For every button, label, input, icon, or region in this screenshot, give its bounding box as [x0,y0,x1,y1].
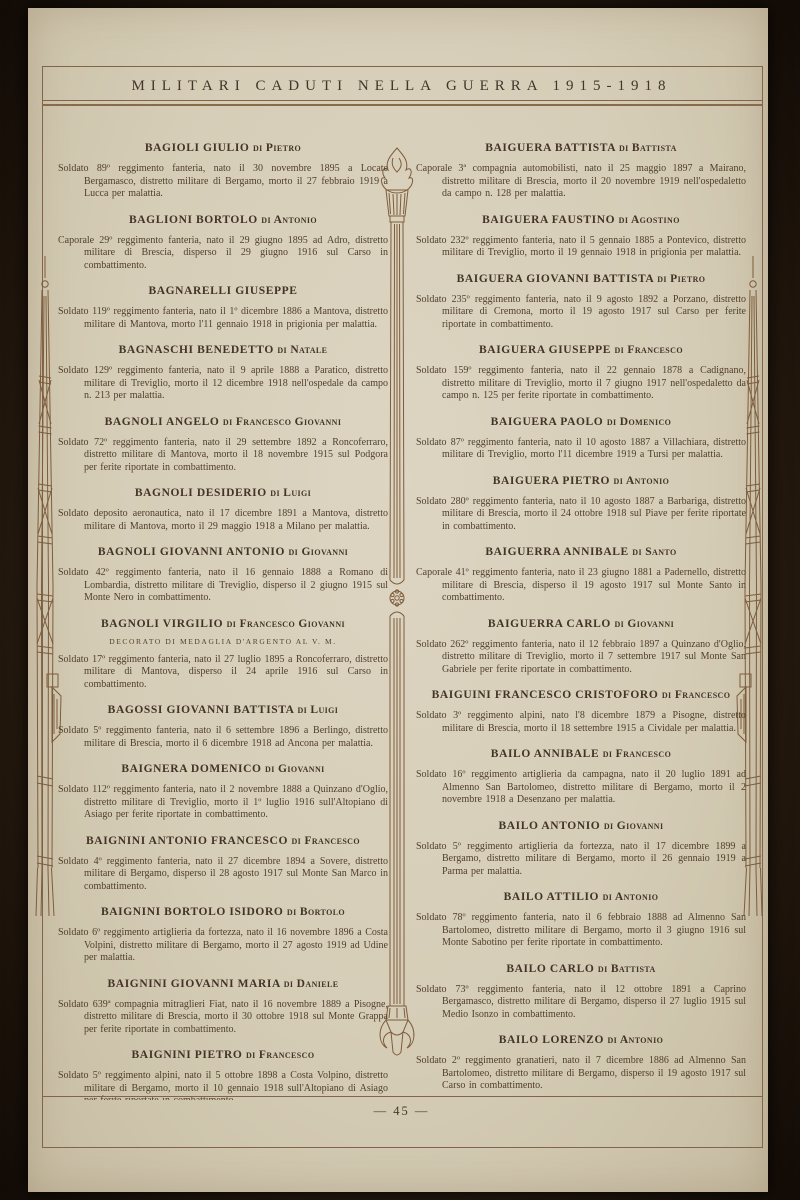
fallen-name: BAIGNINI GIOVANNI MARIA [108,978,281,990]
patronymic: di Pietro [657,273,705,285]
entry-text: Soldato 232º reggimento fanteria, nato i… [416,235,746,260]
entry-heading: BAIGUERA GIUSEPPE di Francesco [416,344,746,357]
patronymic: di Francesco Giovanni [223,416,341,428]
fallen-name: BAILO LORENZO [499,1034,604,1046]
memorial-entry: BAGNASCHI BENEDETTO di Natale Soldato 12… [58,344,388,403]
fallen-name: BAGIOLI GIULIO [145,142,250,154]
fallen-name: BAGOSSI GIOVANNI BATTISTA [108,704,294,716]
memorial-entry: BAIGNINI GIOVANNI MARIA di Daniele Solda… [58,978,388,1037]
fallen-name: BAIGUERA GIUSEPPE [479,344,611,356]
patronymic: di Domenico [607,416,671,428]
patronymic: di Antonio [614,475,670,487]
fallen-name: BAIGNINI BORTOLO ISIDORO [101,906,284,918]
fallen-name: BAILO ANTONIO [499,820,601,832]
memorial-entry: BAIGUERRA ANNIBALE di Santo Caporale 41º… [416,546,746,605]
page-title: MILITARI CADUTI NELLA GUERRA 1915-1918 [42,78,761,95]
patronymic: di Francesco [614,344,683,356]
entry-text: Caporale 29º reggimento fanteria, nato i… [58,235,388,273]
entry-text: Soldato 78º reggimento fanteria, nato il… [416,912,746,950]
patronymic: di Luigi [270,487,311,499]
patronymic: di Luigi [297,704,338,716]
entry-heading: BAGNOLI DESIDERIO di Luigi [58,487,388,500]
entries-area: BAGIOLI GIULIO di Pietro Soldato 89º reg… [28,138,768,1100]
patronymic: di Natale [277,344,327,356]
memorial-entry: BAIGUERA PIETRO di Antonio Soldato 280º … [416,475,746,534]
entry-heading: BAIGUERA PIETRO di Antonio [416,475,746,488]
memorial-entry: BAIGNINI ANTONIO FRANCESCO di Francesco … [58,835,388,894]
fallen-name: BAGNOLI GIOVANNI ANTONIO [98,546,285,558]
entry-heading: BAGNOLI GIOVANNI ANTONIO di Giovanni [58,546,388,559]
page-number: — 45 — [42,1104,761,1119]
fallen-name: BAGLIONI BORTOLO [129,214,258,226]
right-column: BAIGUERA BATTISTA di Battista Caporale 3… [416,142,746,1100]
memorial-entry: BAIGUERA BATTISTA di Battista Caporale 3… [416,142,746,201]
book-page: MILITARI CADUTI NELLA GUERRA 1915-1918 [28,8,768,1192]
patronymic: di Bortolo [287,906,345,918]
title-rule-top [42,100,762,101]
entry-heading: BAIGNERA DOMENICO di Giovanni [58,763,388,776]
memorial-entry: BAGNOLI GIOVANNI ANTONIO di Giovanni Sol… [58,546,388,605]
entry-text: Soldato 129º reggimento fanteria, nato i… [58,365,388,403]
fallen-name: BAIGUERA PAOLO [491,416,604,428]
patronymic: di Giovanni [604,820,664,832]
patronymic: di Battista [598,963,656,975]
memorial-entry: BAGOSSI GIOVANNI BATTISTA di Luigi Solda… [58,704,388,750]
patronymic: di Francesco [291,835,360,847]
memorial-entry: BAILO ANTONIO di Giovanni Soldato 5º reg… [416,820,746,879]
entry-text: Soldato deposito aeronautica, nato il 17… [58,508,388,533]
entry-text: Soldato 112º reggimento fanteria, nato i… [58,784,388,822]
entry-heading: BAIGUERA FAUSTINO di Agostino [416,214,746,227]
entry-text: Soldato 119º reggimento fanteria, nato i… [58,306,388,331]
fallen-name: BAIGNERA DOMENICO [121,763,261,775]
memorial-entry: BAGIOLI GIULIO di Pietro Soldato 89º reg… [58,142,388,201]
memorial-entry: BAIGUERA GIOVANNI BATTISTA di Pietro Sol… [416,273,746,332]
fallen-name: BAGNARELLI GIUSEPPE [148,285,297,297]
patronymic: di Agostino [619,214,680,226]
entry-heading: BAIGUERRA ANNIBALE di Santo [416,546,746,559]
entry-text: Soldato 72º reggimento fanteria, nato il… [58,437,388,475]
entry-text: Soldato 262º reggimento fanteria, nato i… [416,639,746,677]
fallen-name: BAILO CARLO [506,963,594,975]
memorial-entry: BAILO ANNIBALE di Francesco Soldato 16º … [416,748,746,807]
patronymic: di Battista [619,142,677,154]
entry-heading: BAIGUERRA CARLO di Giovanni [416,618,746,631]
fallen-name: BAIGUERA FAUSTINO [482,214,615,226]
entry-text: Soldato 3º reggimento alpini, nato l'8 d… [416,710,746,735]
entry-text: Soldato 89º reggimento fanteria, nato il… [58,163,388,201]
fallen-name: BAIGUERRA CARLO [488,618,611,630]
fallen-name: BAGNOLI ANGELO [105,416,220,428]
patronymic: di Francesco [662,689,731,701]
memorial-entry: BAILO LORENZO di Antonio Soldato 2º regg… [416,1034,746,1093]
entry-text: Soldato 235º reggimento fanteria, nato i… [416,294,746,332]
fallen-name: BAIGNINI ANTONIO FRANCESCO [86,835,288,847]
fallen-name: BAILO ATTILIO [504,891,599,903]
fallen-name: BAGNOLI DESIDERIO [135,487,267,499]
memorial-entry: BAIGUERA FAUSTINO di Agostino Soldato 23… [416,214,746,260]
entry-heading: BAILO ATTILIO di Antonio [416,891,746,904]
decoration-note: DECORATO DI MEDAGLIA D'ARGENTO AL V. M. [58,637,388,646]
patronymic: di Giovanni [289,546,349,558]
memorial-entry: BAGNOLI DESIDERIO di Luigi Soldato depos… [58,487,388,533]
memorial-entry: BAIGNERA DOMENICO di Giovanni Soldato 11… [58,763,388,822]
fallen-name: BAIGUERRA ANNIBALE [485,546,628,558]
fallen-name: BAIGNINI PIETRO [132,1049,243,1061]
memorial-entry: BAGLIONI BORTOLO di Antonio Caporale 29º… [58,214,388,273]
entry-text: Soldato 6º reggimento artiglieria da for… [58,927,388,965]
patronymic: di Santo [632,546,676,558]
memorial-entry: BAIGNINI PIETRO di Francesco Soldato 5º … [58,1049,388,1100]
title-rule-bottom [42,104,762,106]
entry-heading: BAILO ANNIBALE di Francesco [416,748,746,761]
entry-text: Soldato 42º reggimento fanteria, nato il… [58,567,388,605]
memorial-entry: BAIGUINI FRANCESCO CRISTOFORO di Frances… [416,689,746,735]
memorial-entry: BAGNOLI VIRGILIO di Francesco Giovanni D… [58,618,388,692]
patronymic: di Pietro [253,142,301,154]
entry-heading: BAIGNINI GIOVANNI MARIA di Daniele [58,978,388,991]
entry-text: Soldato 87º reggimento fanteria, nato il… [416,437,746,462]
patronymic: di Giovanni [265,763,325,775]
entry-heading: BAGNOLI ANGELO di Francesco Giovanni [58,416,388,429]
entry-heading: BAILO CARLO di Battista [416,963,746,976]
entry-text: Soldato 73º reggimento fanteria, nato il… [416,984,746,1022]
entry-heading: BAGNARELLI GIUSEPPE [58,285,388,298]
entry-heading: BAILO LORENZO di Antonio [416,1034,746,1047]
patronymic: di Francesco [246,1049,315,1061]
entry-heading: BAILO ANTONIO di Giovanni [416,820,746,833]
entry-text: Caporale 41º reggimento fanteria, nato i… [416,567,746,605]
patronymic: di Antonio [608,1034,664,1046]
entry-heading: BAGOSSI GIOVANNI BATTISTA di Luigi [58,704,388,717]
fallen-name: BAGNASCHI BENEDETTO [119,344,274,356]
patronymic: di Daniele [284,978,339,990]
fallen-name: BAIGUERA PIETRO [493,475,610,487]
patronymic: di Antonio [603,891,659,903]
entry-text: Soldato 2º reggimento granatieri, nato i… [416,1055,746,1093]
entry-text: Soldato 5º reggimento fanteria, nato il … [58,725,388,750]
entry-heading: BAGIOLI GIULIO di Pietro [58,142,388,155]
entry-heading: BAIGUINI FRANCESCO CRISTOFORO di Frances… [416,689,746,702]
fallen-name: BAIGUINI FRANCESCO CRISTOFORO [432,689,659,701]
memorial-entry: BAILO ATTILIO di Antonio Soldato 78º reg… [416,891,746,950]
memorial-entry: BAIGUERA PAOLO di Domenico Soldato 87º r… [416,416,746,462]
memorial-entry: BAIGNINI BORTOLO ISIDORO di Bortolo Sold… [58,906,388,965]
fallen-name: BAILO ANNIBALE [491,748,599,760]
entry-text: Soldato 4º reggimento fanteria, nato il … [58,856,388,894]
memorial-entry: BAGNOLI ANGELO di Francesco Giovanni Sol… [58,416,388,475]
entry-heading: BAIGNINI PIETRO di Francesco [58,1049,388,1062]
patronymic: di Giovanni [614,618,674,630]
fallen-name: BAIGUERA GIOVANNI BATTISTA [457,273,654,285]
memorial-entry: BAIGUERRA CARLO di Giovanni Soldato 262º… [416,618,746,677]
entry-text: Soldato 280º reggimento fanteria, nato i… [416,496,746,534]
entry-text: Soldato 639ª compagnia mitraglieri Fiat,… [58,999,388,1037]
fallen-name: BAIGUERA BATTISTA [485,142,615,154]
patronymic: di Francesco [603,748,672,760]
photographed-book-page: { "page": { "title": "MILITARI CADUTI NE… [0,0,800,1200]
patronymic: di Antonio [261,214,317,226]
entry-text: Soldato 159º reggimento fanteria, nato i… [416,365,746,403]
entry-text: Soldato 17º reggimento fanteria, nato il… [58,654,388,692]
left-column: BAGIOLI GIULIO di Pietro Soldato 89º reg… [58,142,388,1100]
entry-heading: BAIGNINI BORTOLO ISIDORO di Bortolo [58,906,388,919]
patronymic: di Francesco Giovanni [227,618,345,630]
memorial-entry: BAGNARELLI GIUSEPPE Soldato 119º reggime… [58,285,388,331]
entry-heading: BAIGUERA PAOLO di Domenico [416,416,746,429]
memorial-entry: BAILO CARLO di Battista Soldato 73º regg… [416,963,746,1022]
entry-heading: BAGNOLI VIRGILIO di Francesco Giovanni [58,618,388,631]
entry-text: Soldato 16º reggimento artiglieria da ca… [416,769,746,807]
entry-text: Soldato 5º reggimento artiglieria da for… [416,841,746,879]
memorial-entry: BAIGUERA GIUSEPPE di Francesco Soldato 1… [416,344,746,403]
entry-heading: BAIGUERA BATTISTA di Battista [416,142,746,155]
fallen-name: BAGNOLI VIRGILIO [101,618,223,630]
footer-rule [42,1096,762,1097]
entry-text: Caporale 3ª compagnia automobilisti, nat… [416,163,746,201]
entry-heading: BAGNASCHI BENEDETTO di Natale [58,344,388,357]
entry-heading: BAGLIONI BORTOLO di Antonio [58,214,388,227]
entry-heading: BAIGNINI ANTONIO FRANCESCO di Francesco [58,835,388,848]
entry-heading: BAIGUERA GIOVANNI BATTISTA di Pietro [416,273,746,286]
